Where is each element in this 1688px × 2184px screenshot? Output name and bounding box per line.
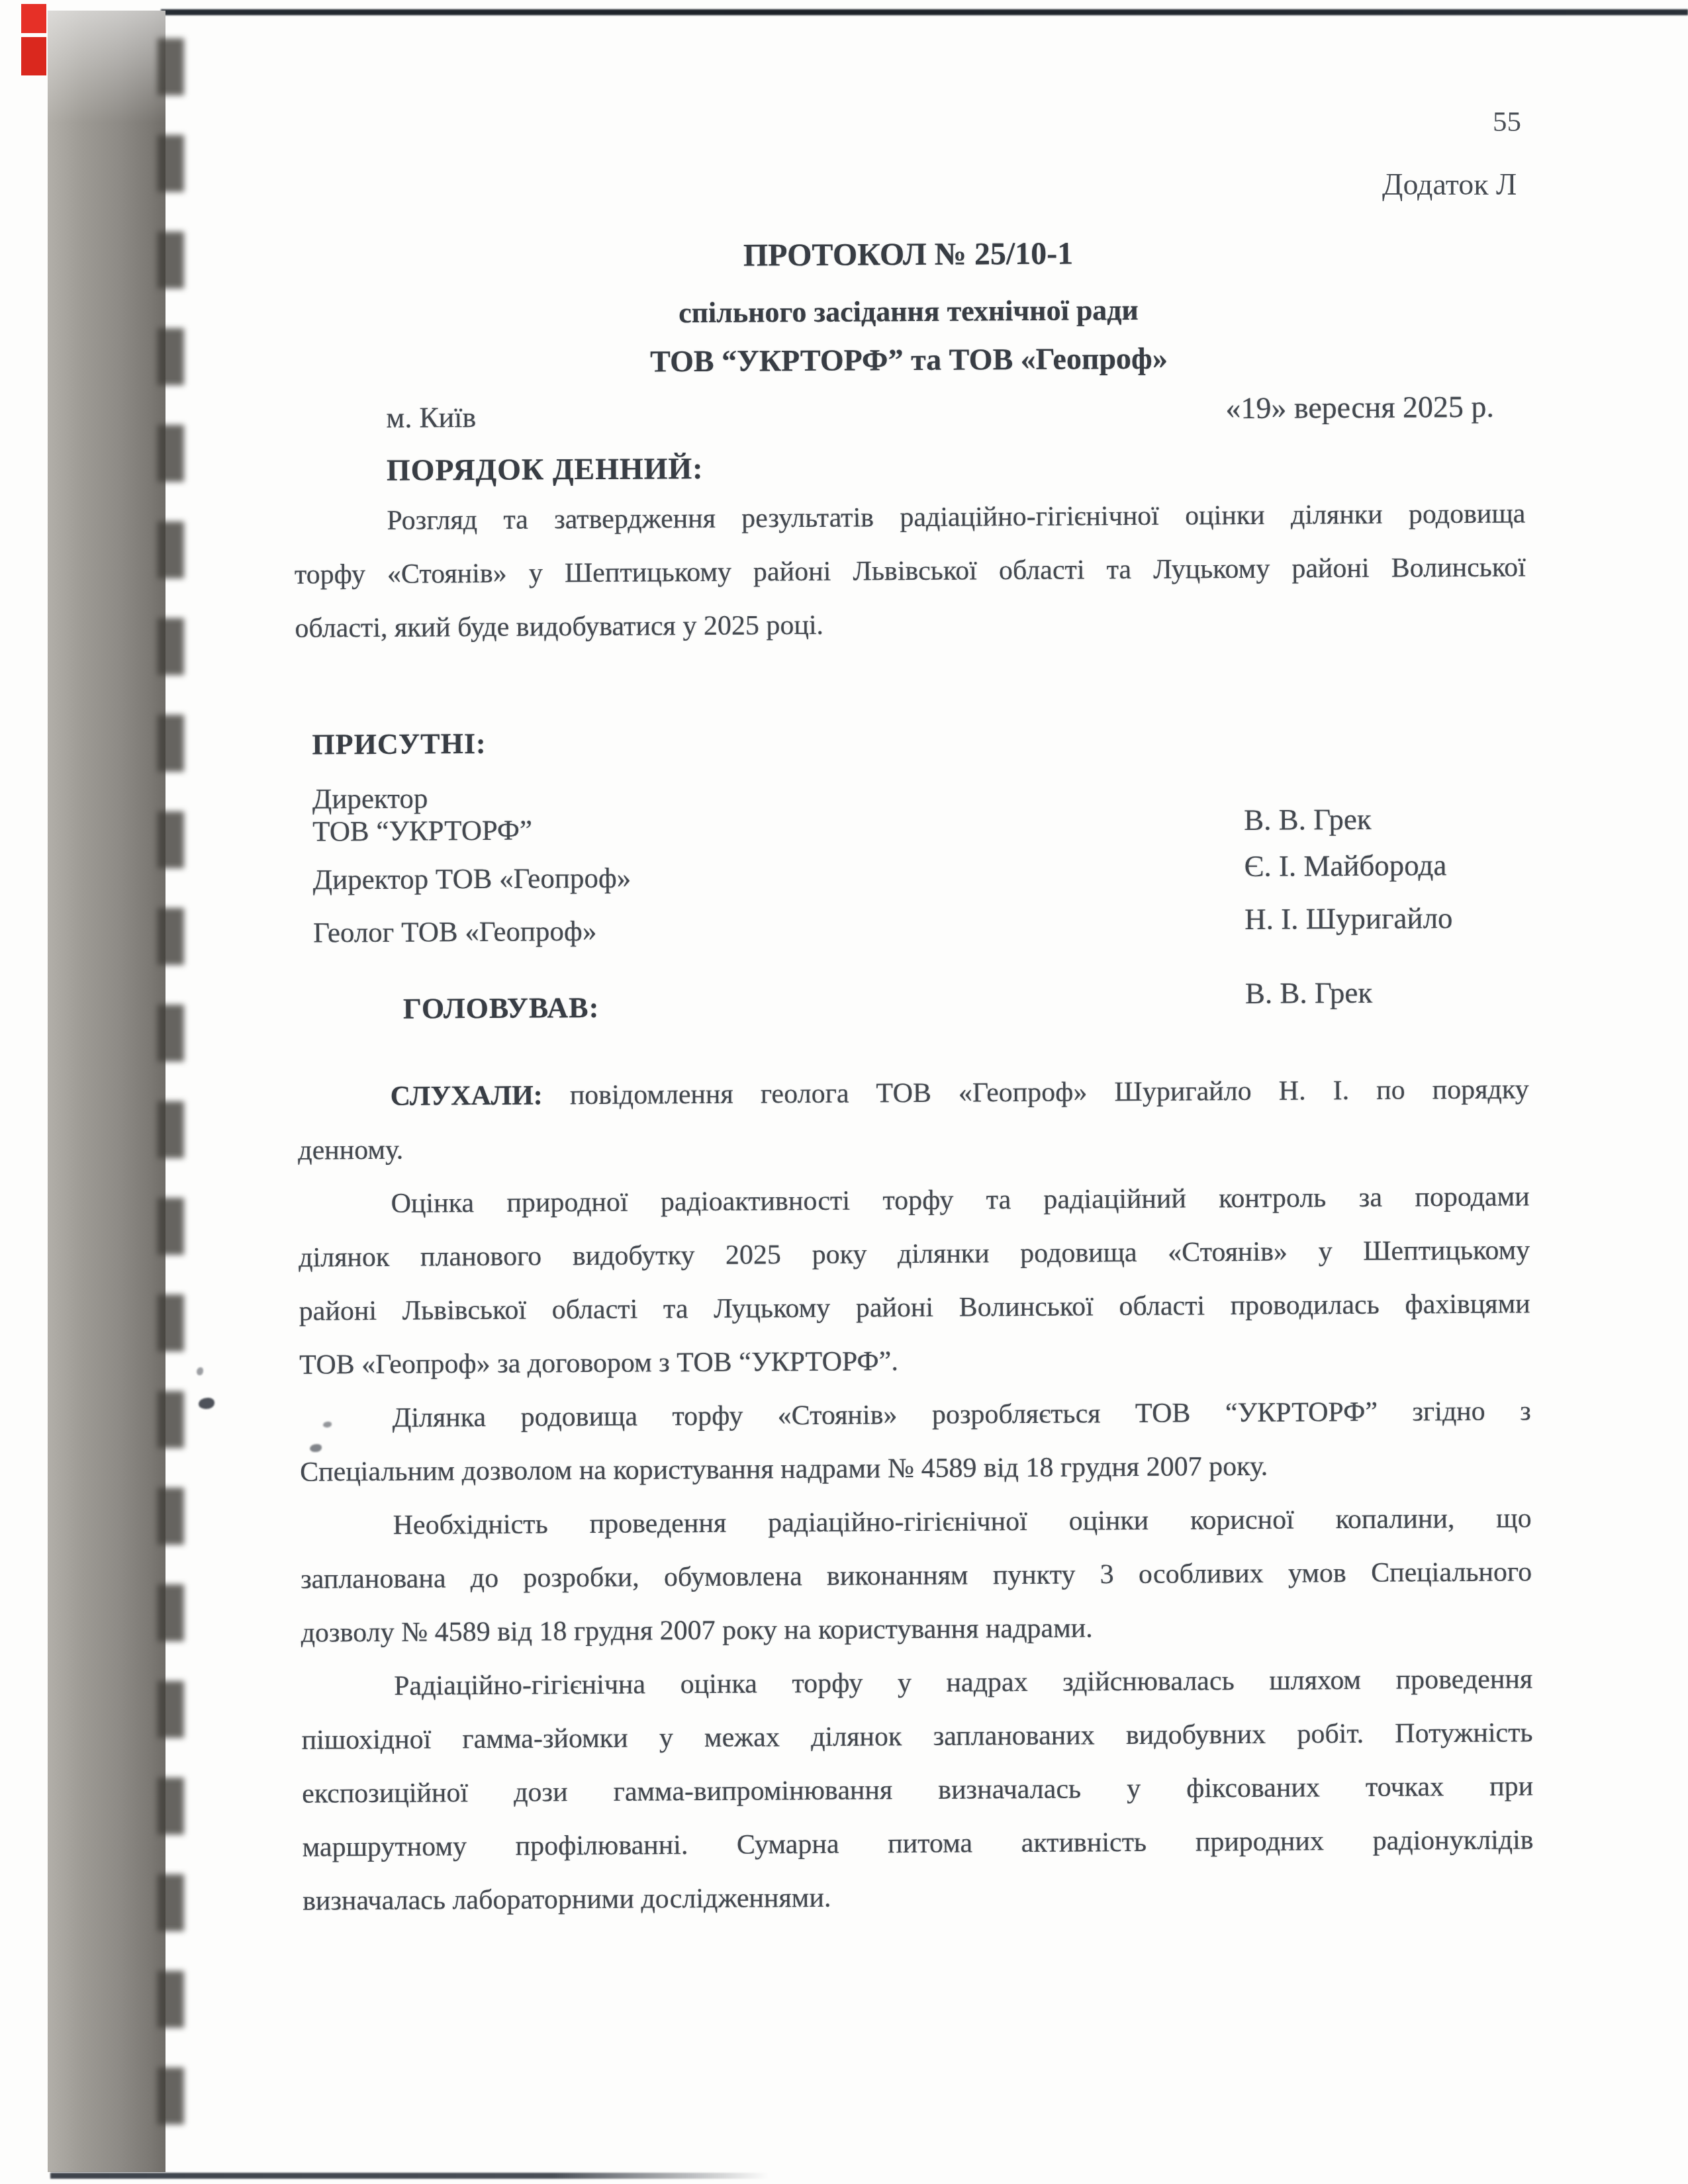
protocol-subtitle: спільного засідання технічної ради — [293, 290, 1524, 333]
attendee-role: Директор ТОВ “УКРТОРФ” — [312, 782, 532, 848]
attendee-role: Директор ТОВ «Геопроф» — [313, 862, 632, 897]
agenda-line: торфу «Стоянів» у Шептицькому районі Льв… — [295, 541, 1526, 602]
attendee-name: Є. І. Майборода — [1244, 848, 1446, 884]
scan-binding-teeth — [158, 38, 184, 2163]
body-text-line: запланована до розробки, обумовлена вико… — [301, 1545, 1532, 1606]
protocol-parties: ТОВ “УКРТОРФ” та ТОВ «Геопроф» — [293, 338, 1524, 382]
attendee-role: Геолог ТОВ «Геопроф» — [313, 915, 596, 950]
body-text-line: Ділянка родовища торфу «Стоянів» розробл… — [299, 1385, 1530, 1445]
body-text-line: дозволу № 4589 від 18 грудня 2007 року н… — [301, 1599, 1532, 1660]
body-text-line: Радіаційно-гігієнічна оцінка торфу у над… — [301, 1653, 1532, 1713]
agenda-paragraph: Розгляд та затвердження результатів раді… — [294, 487, 1526, 655]
body-text-line: експозиційної дози гамма-випромінювання … — [302, 1760, 1533, 1821]
chair-name: В. В. Грек — [1245, 976, 1373, 1011]
minutes-body: СЛУХАЛИ: повідомлення геолога ТОВ «Геопр… — [297, 1063, 1534, 1928]
body-text-line: маршрутному профілюванні. Сумарна питома… — [302, 1813, 1533, 1874]
attendees-heading: ПРИСУТНІ: — [312, 726, 486, 763]
body-text-line: районі Львівської області та Луцькому ра… — [299, 1277, 1530, 1338]
document-content: ПРОТОКОЛ № 25/10-1 спільного засідання т… — [291, 0, 1536, 2184]
body-text-line: визначалась лабораторними дослідженнями. — [303, 1867, 1534, 1928]
body-text-line: ТОВ «Геопроф» за договором з ТОВ “УКРТОР… — [299, 1331, 1530, 1392]
scanned-document-page: 55 Додаток Л ПРОТОКОЛ № 25/10-1 спільног… — [0, 0, 1688, 2184]
heard-line: денному. — [298, 1116, 1529, 1177]
body-text-line: пішохідної гамма-зйомки у межах ділянок … — [301, 1706, 1532, 1767]
agenda-line: області, який буде видобуватися у 2025 р… — [295, 594, 1526, 655]
heard-text: повідомлення геолога ТОВ «Геопроф» Шуриг… — [570, 1074, 1529, 1111]
scan-red-mark-bottom — [21, 37, 46, 75]
chair-label: ГОЛОВУВАВ: — [403, 990, 600, 1027]
protocol-title: ПРОТОКОЛ № 25/10-1 — [293, 232, 1524, 277]
scan-red-mark-top — [21, 4, 46, 33]
heard-label: СЛУХАЛИ: — [391, 1080, 543, 1111]
margin-speck — [199, 1398, 214, 1409]
scan-binding-strip-highlight — [48, 11, 165, 143]
attendee-name: Н. І. Шуригайло — [1244, 901, 1453, 936]
attendee-name: В. В. Грек — [1244, 802, 1372, 837]
body-text-line: Спеціальним дозволом на користування над… — [300, 1438, 1531, 1499]
agenda-line: Розгляд та затвердження результатів раді… — [294, 487, 1525, 548]
body-text-line: ділянок планового видобутку 2025 року ді… — [299, 1224, 1530, 1285]
protocol-city: м. Київ — [386, 400, 476, 436]
body-text-line: Оцінка природної радіоактивності торфу т… — [298, 1170, 1529, 1231]
scan-binding-strip — [48, 11, 165, 2172]
margin-speck — [197, 1367, 203, 1375]
heard-line: СЛУХАЛИ: повідомлення геолога ТОВ «Геопр… — [297, 1063, 1528, 1124]
protocol-date: «19» вересня 2025 р. — [1225, 388, 1494, 427]
body-text-line: Необхідність проведення радіаційно-гігіє… — [300, 1492, 1531, 1553]
agenda-heading: ПОРЯДОК ДЕННИЙ: — [387, 450, 704, 489]
